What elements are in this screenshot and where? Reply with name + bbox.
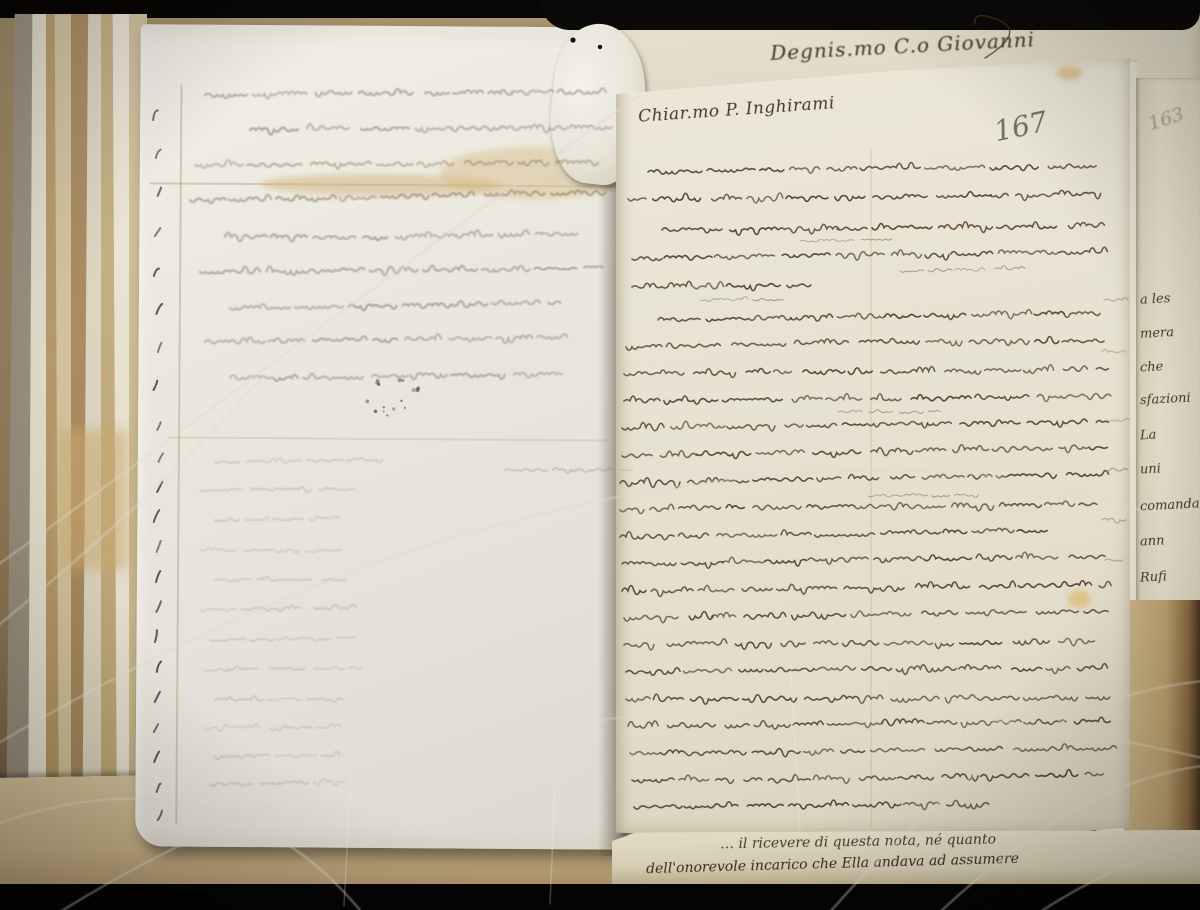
- text-fragment: comanda: [1140, 496, 1200, 514]
- text-fragment: a les: [1140, 291, 1171, 308]
- margin-rule-crease: [175, 85, 182, 825]
- fragment-line: … il ricevere di questa nota, né quanto: [720, 832, 996, 853]
- bottom-sheet-fragment: … il ricevere di questa nota, né quanto …: [612, 830, 1200, 892]
- text-fragment: Rufi: [1140, 569, 1168, 585]
- fragment-line: dell'onorevole incarico che Ella andava …: [646, 851, 1019, 877]
- paper-stain: [1068, 590, 1090, 608]
- page-edge-stain: [58, 430, 128, 570]
- page-crease: [870, 148, 872, 828]
- text-fragment: sfazioni: [1140, 391, 1191, 409]
- text-fragment: mera: [1140, 325, 1175, 342]
- paper-stain: [1056, 66, 1082, 80]
- dark-background-bottom: [0, 884, 1200, 910]
- right-page-letter: Chiar.mo P. Inghirami 167: [616, 58, 1130, 842]
- text-fragment: uni: [1140, 461, 1162, 477]
- text-fragment: La: [1140, 428, 1157, 444]
- photo-of-open-manuscript-book: Degnis.mo C.o Giovanni 163 a lesmeraches…: [0, 0, 1200, 910]
- pencil-folio-number: 167: [991, 105, 1050, 148]
- text-fragment: che: [1140, 359, 1164, 375]
- text-fragment: ann: [1140, 533, 1165, 549]
- salutation: Chiar.mo P. Inghirami: [638, 93, 836, 127]
- dark-background-top: [540, 0, 1200, 30]
- fold-crease: [168, 436, 608, 441]
